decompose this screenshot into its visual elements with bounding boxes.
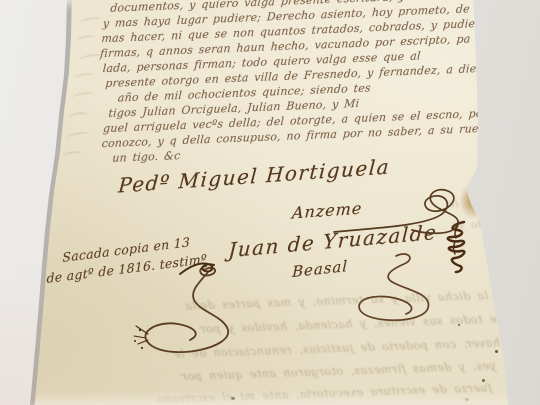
bleedthrough-mark <box>69 112 89 121</box>
bottom-edge-highlight <box>0 391 540 405</box>
ink-speck <box>458 324 460 326</box>
bleedthrough-mark <box>80 16 103 25</box>
manuscript-page: documentos, y quiero valga presente escr… <box>0 0 540 405</box>
manuscript-photo: documentos, y quiero valga presente escr… <box>0 0 540 405</box>
bleedthrough-mark <box>66 131 91 141</box>
bleedthrough-mark <box>74 72 95 81</box>
bleedthrough-mark <box>62 150 83 159</box>
body-text-block: documentos, y quiero valga presente escr… <box>104 0 500 166</box>
bleedthrough-mark <box>72 91 96 101</box>
ink-speck <box>495 350 498 353</box>
bleedthrough-mark <box>77 35 96 44</box>
ink-speck <box>482 379 485 382</box>
rubric-curl-date <box>178 256 220 280</box>
